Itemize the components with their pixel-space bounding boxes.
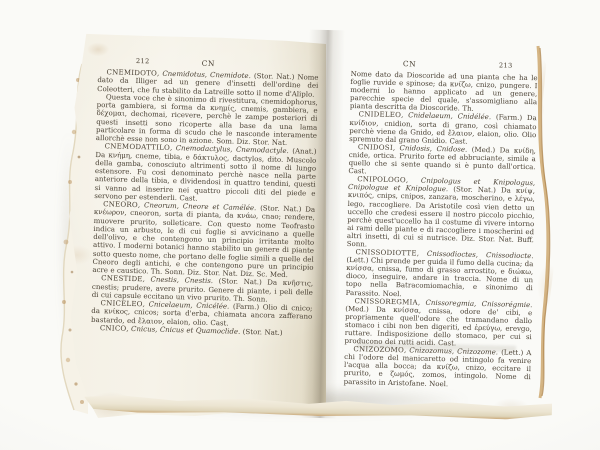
dictionary-entry: CNIDELEO, Cnidelaeum, Cnidélée. (Farm.) … bbox=[349, 110, 537, 147]
running-head-title: CN bbox=[202, 59, 216, 68]
entries-column: CNEMIDOTO, Cnemidotus, Cnemidote. (Stor.… bbox=[91, 68, 319, 338]
dictionary-entry: Questa voce che è sinonimo di rivestitur… bbox=[96, 93, 318, 148]
folio-number: 212 bbox=[136, 57, 150, 65]
dictionary-entry: CNEMODATTILO, Cnemodactylus, Cnemodactyl… bbox=[94, 142, 316, 206]
entry-headword: CNICO bbox=[100, 324, 127, 333]
entry-body: (Lett.) A chi l'odore del manicaretto od… bbox=[344, 349, 532, 388]
dictionary-entry: CNEORO, Cneorum, Cneore et Camélée. (Sto… bbox=[92, 200, 315, 280]
entry-body: Questa voce che è sinonimo di rivestitur… bbox=[96, 93, 318, 147]
dictionary-entry: CNIPOLOGO, Cnipologus et Knipologus, Cni… bbox=[347, 175, 536, 252]
dictionary-entry: CNIZOZOMO, Cnizozomus, Cnizozome. (Lett.… bbox=[344, 345, 532, 390]
dictionary-entry: CNIDOSI, Cnidosis, Cnidose. (Med.) Da κν… bbox=[348, 143, 536, 180]
dictionary-entry: CNISSOREGMIA, Cnissoregmia, Cnissorégmie… bbox=[344, 297, 532, 350]
right-page-text: CN 213 Nome dato da Dioscoride ad una pi… bbox=[344, 58, 538, 390]
fore-edge-light-line bbox=[538, 46, 548, 398]
entry-body: (Med.) Da κνίσσα, cnissa, odore de' cibi… bbox=[344, 305, 532, 348]
dictionary-entry: CNISSODIOTTE, Cnissodioctes, Cnissodioct… bbox=[346, 248, 534, 301]
dictionary-entry: Nome dato da Dioscoride ad una pianta ch… bbox=[350, 70, 538, 115]
entry-body: (Stor. Nat.) Da κνίψ, κνιπός, cnips, cni… bbox=[347, 186, 535, 249]
photo-background: 212 CN CNEMIDOTO, Cnemidotus, Cnemidote.… bbox=[0, 0, 600, 450]
left-page-text: 212 CN CNEMIDOTO, Cnemidotus, Cnemidote.… bbox=[91, 56, 319, 338]
entry-body: (Stor. Nat.) Da κνέωρον, cneoron, sorta … bbox=[92, 204, 315, 279]
running-head-title: CN bbox=[403, 59, 417, 68]
entry-body: (Stor. Nat.) bbox=[243, 328, 283, 337]
folio-number: 213 bbox=[499, 61, 513, 69]
entry-body: Nome dato da Dioscoride ad una pianta ch… bbox=[350, 70, 538, 113]
entry-body: (Anat.) Da κνήμη, cneme, tibia, e δάκτυλ… bbox=[94, 147, 316, 202]
entry-body: (Lett.) Chi prende per guida il fumo del… bbox=[346, 256, 534, 298]
